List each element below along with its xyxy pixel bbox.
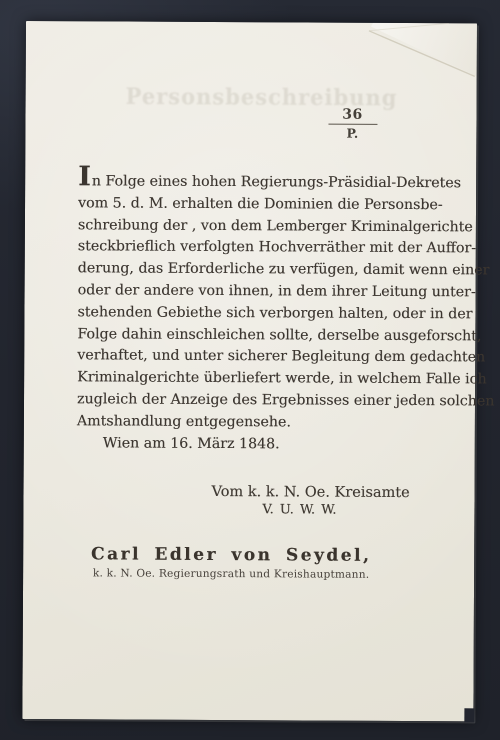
corner-notch	[464, 708, 474, 722]
issuing-office-name: Vom k. k. N. Oe. Kreisamte	[211, 484, 387, 501]
body-line: Amtshandlung entgegensehe.	[77, 411, 436, 435]
signature-block: Carl Edler von Seydel, k. k. N. Oe. Regi…	[83, 544, 379, 581]
signatory-name: Carl Edler von Seydel,	[83, 544, 379, 566]
document-page: Personsbeschreibung 36 P. In Folge eines…	[22, 21, 477, 721]
dateline: Wien am 16. März 1848.	[77, 433, 436, 457]
file-letter: P.	[327, 126, 377, 141]
file-number-stamp: 36 P.	[327, 107, 377, 141]
corner-fold-crease	[367, 23, 477, 80]
issuing-office-district: V. U. W. W.	[211, 502, 387, 518]
body-line: derung, das Erforderliche zu verfügen, d…	[78, 258, 437, 282]
folded-corner	[371, 23, 477, 77]
body-line: verhaftet, und unter sicherer Begleitung…	[77, 346, 436, 370]
body-line: schreibung der , von dem Lemberger Krimi…	[78, 215, 437, 239]
scan-background: Personsbeschreibung 36 P. In Folge eines…	[0, 0, 500, 740]
body-line: zugleich der Anzeige des Ergebnisses ein…	[77, 389, 436, 413]
signatory-title: k. k. N. Oe. Regierungsrath und Kreishau…	[83, 567, 379, 581]
body-line: vom 5. d. M. erhalten die Dominien die P…	[78, 193, 437, 217]
body-line: oder der andere von ihnen, in dem ihrer …	[78, 280, 437, 304]
body-line: Folge dahin einschleichen sollte, dersel…	[77, 324, 436, 348]
body-line: Kriminalgerichte überliefert werde, in w…	[77, 367, 436, 391]
body-line: In Folge eines hohen Regierungs-Präsidia…	[78, 171, 437, 195]
bleedthrough-title: Personsbeschreibung	[126, 83, 350, 110]
body-paragraph: In Folge eines hohen Regierungs-Präsidia…	[77, 171, 437, 456]
issuing-office-block: Vom k. k. N. Oe. Kreisamte V. U. W. W.	[211, 484, 387, 518]
body-line: steckbrieflich verfolgten Hochverräther …	[78, 237, 437, 261]
file-number: 36	[327, 107, 377, 123]
body-line: stehenden Gebiethe sich verborgen halten…	[77, 302, 436, 326]
